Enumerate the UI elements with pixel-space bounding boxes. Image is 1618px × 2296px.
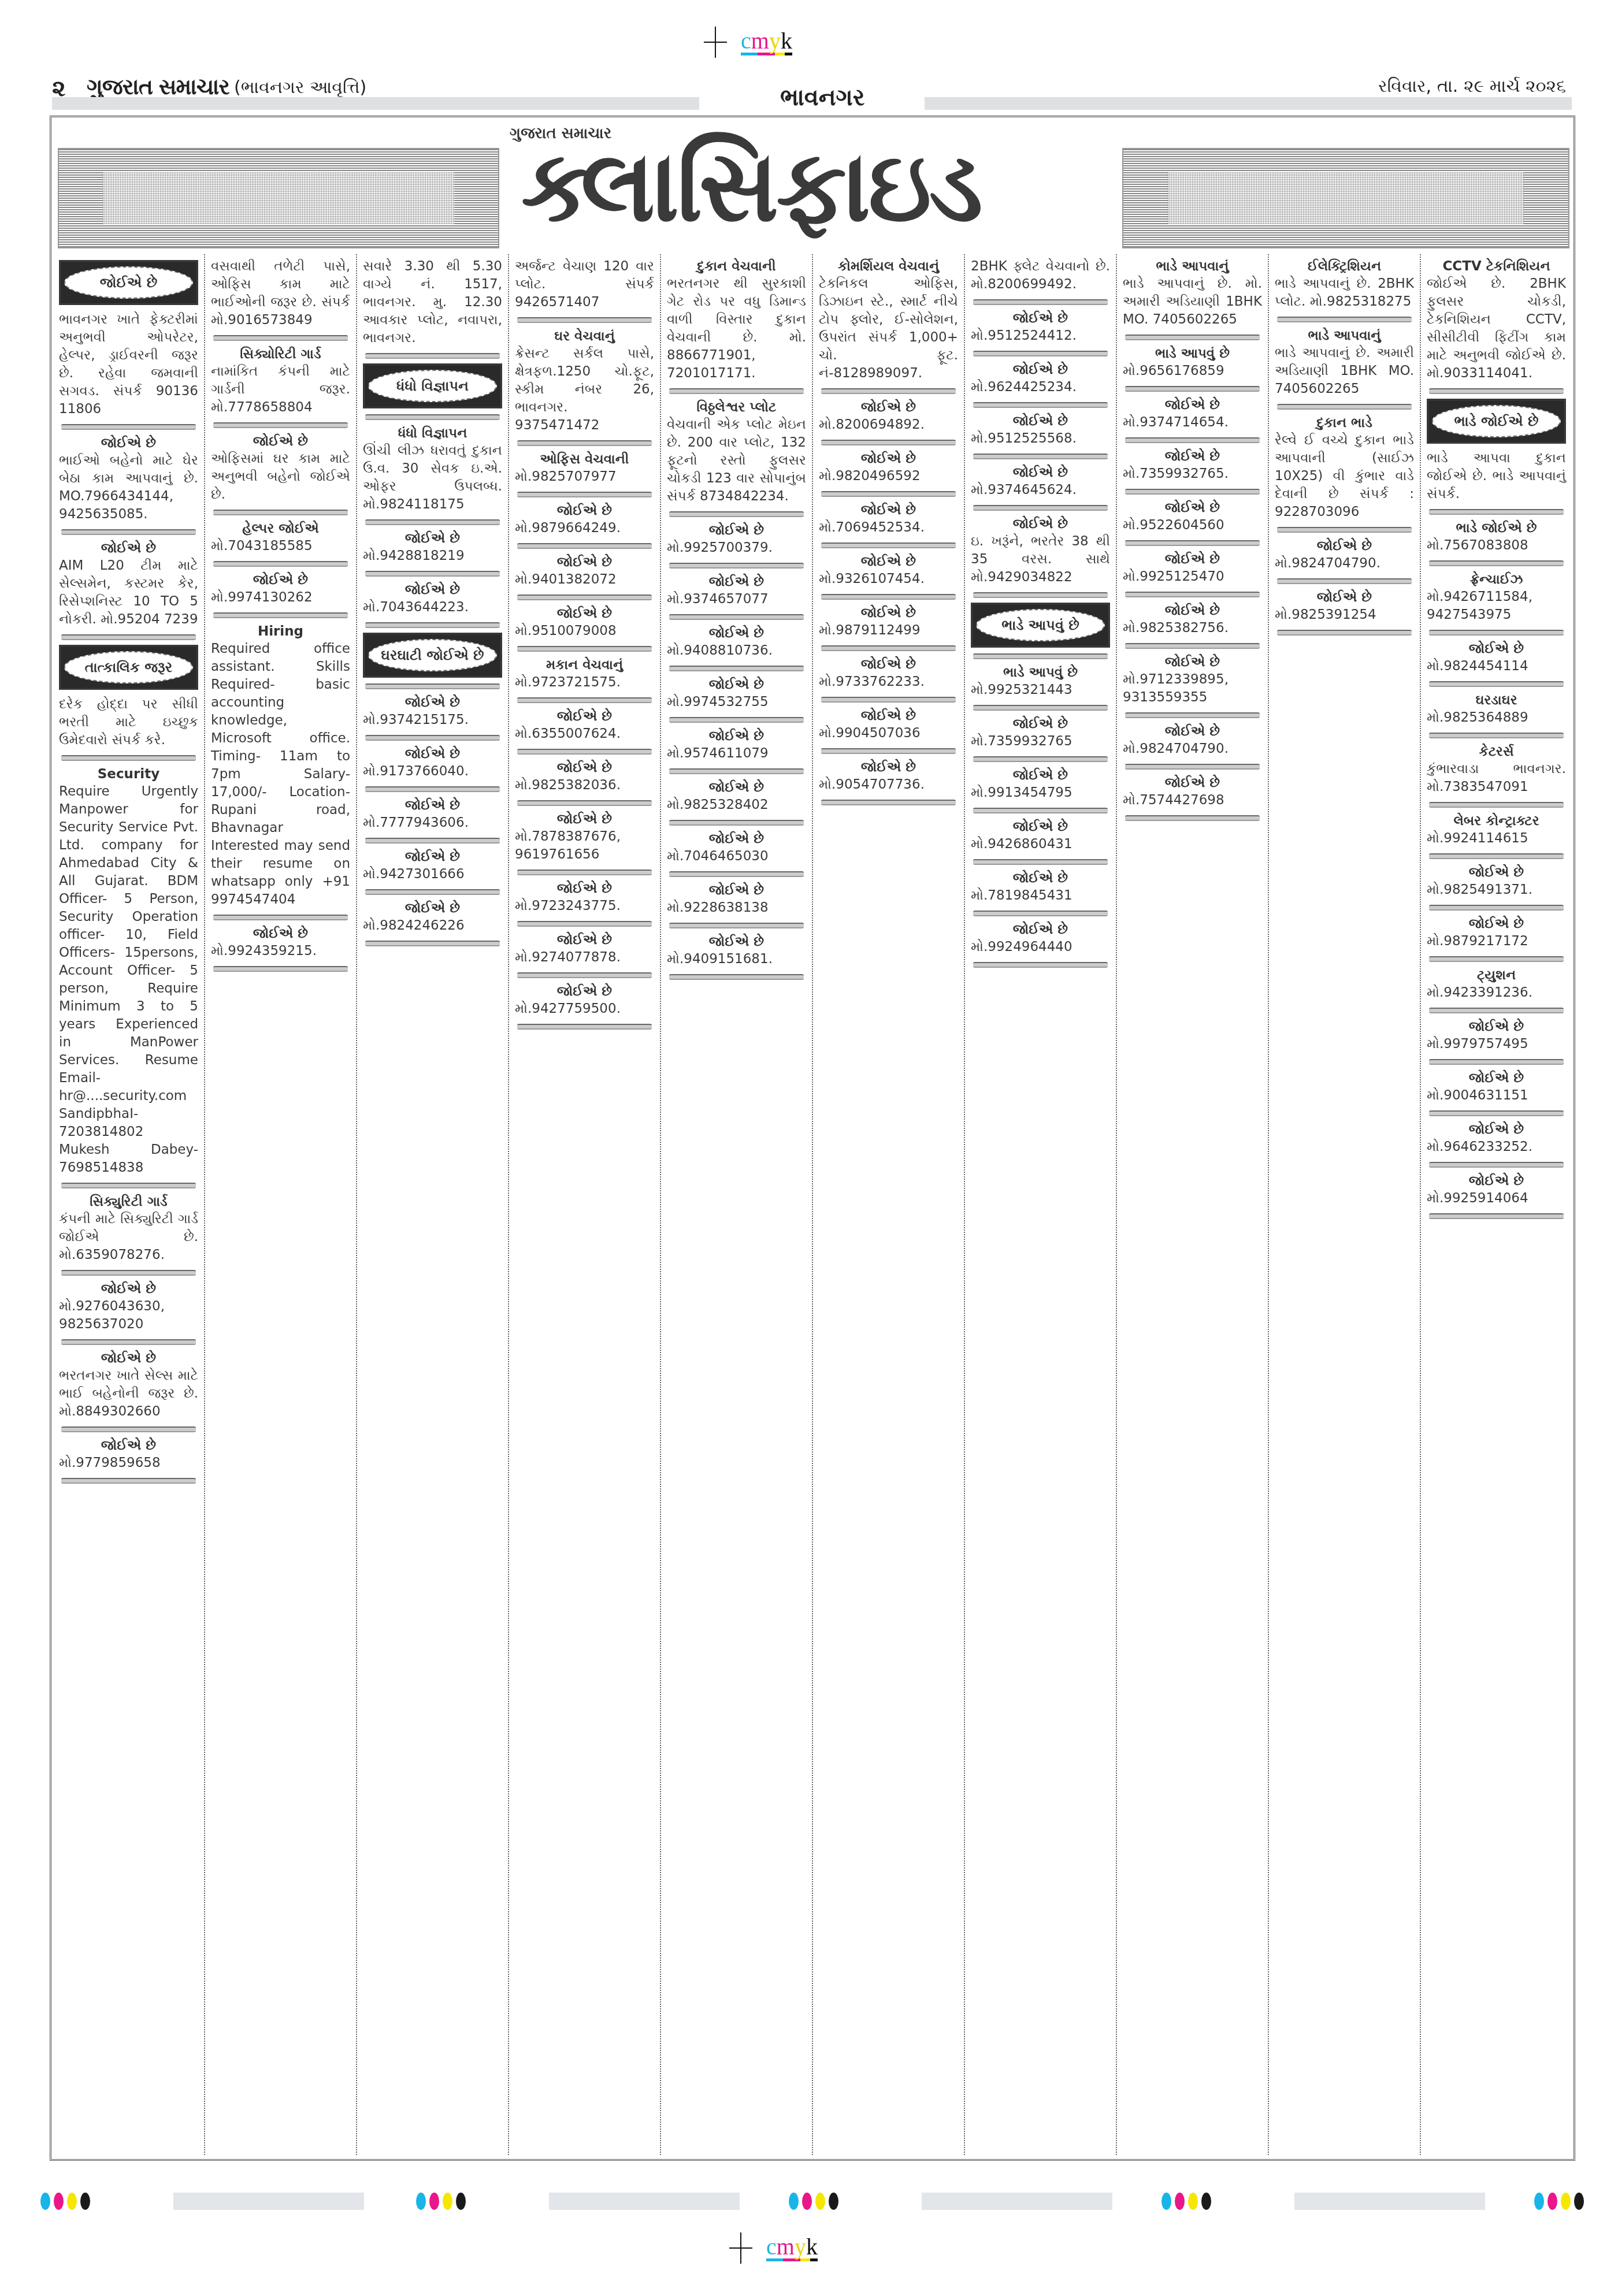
classified-ad: જોઈએ છેમો.7069452534. (819, 501, 958, 537)
ad-divider (821, 491, 956, 497)
boxed-category-header: જોઈએ છે (59, 260, 198, 305)
classified-ad: જોઈએ છેમો.9825491371. (1427, 864, 1566, 899)
ad-divider (669, 666, 804, 671)
ad-body: મો.9646233252. (1427, 1138, 1566, 1156)
ad-divider (1429, 1008, 1564, 1013)
classified-ad: જોઈએ છેમો.9408810736. (667, 625, 806, 660)
classified-ad: જોઈએ છેમો.9426860431 (971, 818, 1110, 853)
ad-body: મો.9374657077 (667, 590, 806, 608)
ad-heading: ઘર વેચવાનું (515, 328, 654, 345)
ad-divider (1125, 540, 1260, 546)
ad-body: મો.7043644223. (363, 599, 502, 616)
ad-body: મો.9408810736. (667, 642, 806, 660)
classified-ad: જોઈએ છેમો.9974130262 (211, 571, 350, 607)
column-9: ઈલેક્ટ્રિશિયનભાડે આપવાનું છે. 2BHK પ્લોટ… (1269, 254, 1421, 2155)
ad-divider (213, 422, 348, 428)
ad-heading: જોઈએ છે (971, 464, 1110, 481)
classified-ad: જોઈએ છેમો.9374714654. (1123, 396, 1262, 432)
ad-heading: ઘરડાઘર (1427, 692, 1566, 709)
ad-heading: જોઈએ છે (515, 502, 654, 519)
classified-ad: જોઈએ છેમો.9825391254 (1275, 589, 1414, 624)
ad-body: મો.9904507036 (819, 725, 958, 742)
ink-swatch (829, 2193, 838, 2210)
ad-body: મો.9723243775. (515, 897, 654, 915)
ad-divider (61, 1339, 196, 1345)
ad-divider (365, 838, 500, 844)
ad-divider (1429, 956, 1564, 962)
ad-body: મો.9924964440 (971, 938, 1110, 956)
ad-divider (1125, 815, 1260, 821)
ad-body: ભાઈઓ બહેનો માટે ઘેર બેઠા કામ આપવાનું છે.… (59, 452, 198, 523)
issue-date: રવિવાર, તા. ૨૯ માર્ચ ૨૦૨૬ (1378, 76, 1566, 96)
ad-divider (213, 561, 348, 567)
ad-divider (973, 911, 1108, 916)
ink-swatch (802, 2193, 812, 2210)
classified-ad: જોઈએ છેમો.9374645624. (971, 464, 1110, 499)
ad-heading: જોઈએ છે (819, 707, 958, 725)
ad-divider (973, 859, 1108, 865)
classified-ad: જોઈએ છેમો.9974532755 (667, 676, 806, 711)
classified-ad: જોઈએ છેમો.9925125470 (1123, 551, 1262, 586)
ad-heading: જોઈએ છે (819, 759, 958, 776)
ad-divider (365, 786, 500, 792)
ad-body: મો.9925125470 (1123, 568, 1262, 586)
ad-heading: જોઈએ છે (667, 882, 806, 899)
classified-ad: જોઈએ છેભરતનગર ખાતે સેલ્સ માટે ભાઈ બહેનોન… (59, 1350, 198, 1421)
ad-body: Required office assistant. Skills Requir… (211, 640, 350, 909)
ad-divider (517, 543, 652, 549)
ad-divider (1125, 489, 1260, 495)
classified-ad: જોઈએ છેમો.9723243775. (515, 880, 654, 915)
ad-heading: જોઈએ છે (515, 708, 654, 725)
ad-heading: જોઈએ છે (363, 694, 502, 711)
ad-divider (61, 634, 196, 640)
ad-divider (213, 966, 348, 972)
ad-heading: જોઈએ છે (667, 573, 806, 590)
classified-ad: ઘરડાઘરમો.9825364889 (1427, 692, 1566, 727)
ad-heading: જોઈએ છે (667, 625, 806, 642)
category-title: ભાડે જોઈએ છે (1432, 405, 1561, 437)
ad-heading: જોઈએ છે (515, 759, 654, 777)
ad-divider (1125, 643, 1260, 649)
ad-body: મો.7574427698 (1123, 792, 1262, 809)
ad-divider (821, 697, 956, 703)
ink-swatch (456, 2193, 466, 2210)
classified-ad: જોઈએ છેમો.9512525568. (971, 413, 1110, 448)
ad-divider (973, 505, 1108, 511)
ink-swatch (67, 2193, 77, 2210)
classified-ad: જોઈએ છેમો.9427301666 (363, 848, 502, 883)
cmyk-swatch-group (1534, 2193, 1584, 2210)
ad-body: મો.9924359215. (211, 942, 350, 960)
ad-divider (61, 755, 196, 761)
ad-body: મો.9879664249. (515, 519, 654, 537)
ink-swatch (789, 2193, 799, 2210)
ad-body: ક્રેસન્ટ સર્કલ પાસે, ક્ષેત્રફળ.1250 ચો.ફ… (515, 345, 654, 434)
cmyk-swatch-group (789, 2193, 838, 2210)
ad-body: મો.9979757495 (1427, 1035, 1566, 1053)
ad-divider (517, 800, 652, 806)
ad-divider (213, 915, 348, 920)
ad-heading: જોઈએ છે (363, 797, 502, 814)
ad-heading: ભાડે આપવું છે (1123, 345, 1262, 362)
ad-divider (517, 870, 652, 875)
ad-body: મો.7043185585 (211, 537, 350, 555)
ink-swatch (1161, 2193, 1171, 2210)
ad-body: મો.9825382036. (515, 777, 654, 794)
ad-heading: જોઈએ છે (971, 515, 1110, 533)
classified-ad: જોઈએ છેમો.9924964440 (971, 921, 1110, 956)
ad-heading: જોઈએ છે (1275, 589, 1414, 606)
ink-swatch (443, 2193, 452, 2210)
classified-ad: જોઈએ છેમો.9427759500. (515, 983, 654, 1018)
classified-columns: જોઈએ છેભાવનગર ખાતે ફેક્ટરીમાં અનુભવી ઓપર… (53, 254, 1572, 2155)
edition-label: (ભાવનગર આવૃત્તિ) (234, 77, 366, 98)
ad-heading: Security (59, 766, 198, 783)
classified-ad: અર્જન્ટ વેચાણ 120 વાર પ્લોટ. સંપર્ક 9426… (515, 258, 654, 311)
ad-heading: જોઈએ છે (819, 553, 958, 570)
ad-heading: ભાડે આપવાનું (1123, 258, 1262, 275)
classified-ad: વિઠ્ઠલેશ્વર પ્લોટવેચવાની એક પ્લોટ મેઇન છ… (667, 399, 806, 506)
ad-heading: જોઈએ છે (515, 605, 654, 622)
classified-ad: જોઈએ છેમો.7359932765. (1123, 448, 1262, 483)
classified-ad: જોઈએ છેમો.7046465030 (667, 830, 806, 865)
color-registration-bar (40, 2193, 1601, 2212)
ad-body: મો.9427759500. (515, 1000, 654, 1018)
classified-ad: જોઈએ છેમો.7777943606. (363, 797, 502, 832)
classified-ad: ઘર વેચવાનુંક્રેસન્ટ સર્કલ પાસે, ક્ષેત્રફ… (515, 328, 654, 434)
ad-divider (1125, 592, 1260, 597)
classified-ad: જોઈએ છેઓફિસમાં ઘર કામ માટે અનુભવી બહેનો … (211, 433, 350, 504)
ad-body: નામાંકિત કંપની માટે ગાર્ડની જરૂર. મો.777… (211, 363, 350, 417)
ad-body: મો.9510079008 (515, 622, 654, 640)
boxed-category-header: ભાડે આપવું છે (971, 603, 1110, 648)
ad-body: ભાડે આપવાનું છે. 2BHK પ્લોટ. મો.98253182… (1275, 275, 1414, 311)
ad-heading: મકાન વેચવાનું (515, 656, 654, 674)
ad-divider (1125, 386, 1260, 392)
ad-heading: દુકાન વેચવાની (667, 258, 806, 275)
ad-body: મો.9374645624. (971, 481, 1110, 499)
ad-body: મો.9054707736. (819, 776, 958, 794)
ad-heading: જોઈએ છે (59, 1280, 198, 1298)
classified-ad: ભાડે જોઈએ છેમો.7567083808 (1427, 519, 1566, 555)
classified-ad: જોઈએ છેમો.8200694892. (819, 399, 958, 434)
ad-heading: જોઈએ છે (667, 933, 806, 950)
ad-heading: જોઈએ છે (819, 501, 958, 519)
classified-ad: ભાડે આપવું છેમો.9656176859 (1123, 345, 1262, 380)
cmyk-label-top: cmyk (741, 29, 792, 55)
classified-ad: જોઈએ છેમો.9326107454. (819, 553, 958, 588)
ad-divider (973, 299, 1108, 305)
ad-divider (669, 388, 804, 394)
category-title: તાત્કાલિક જરૂર (64, 651, 193, 683)
ad-body: મો.9879112499 (819, 622, 958, 640)
ad-body: મો.9374714654. (1123, 414, 1262, 432)
ad-body: મો.9825364889 (1427, 709, 1566, 727)
ad-divider (1429, 1059, 1564, 1065)
ad-heading: જોઈએ છે (971, 715, 1110, 733)
ad-heading: જોઈએ છે (211, 433, 350, 450)
ad-divider (1429, 560, 1564, 566)
ad-heading: જોઈએ છે (1427, 1069, 1566, 1087)
classified-ad: જોઈએ છેમો.6355007624. (515, 708, 654, 743)
ad-divider (973, 808, 1108, 813)
ad-divider (973, 592, 1108, 598)
ad-divider (61, 1183, 196, 1188)
classified-ad: તાત્કાલિક જરૂરદરેક હોદ્દા પર સીધી ભરતી મ… (59, 645, 198, 749)
classified-ad: જોઈએ છેAIM L20 ટીમ માટે સેલ્સમેન, કસ્ટમર… (59, 540, 198, 629)
boxed-category-header: તાત્કાલિક જરૂર (59, 645, 198, 690)
ad-divider (669, 871, 804, 877)
ad-body: મો.9004631151 (1427, 1087, 1566, 1105)
ad-heading: જોઈએ છે (363, 900, 502, 917)
ad-body: મો.8200694892. (819, 416, 958, 434)
ad-divider (1125, 335, 1260, 340)
ad-heading: જોઈએ છે (1123, 653, 1262, 671)
ad-divider (365, 414, 500, 420)
ad-heading: જોઈએ છે (1427, 1018, 1566, 1035)
ad-divider (517, 697, 652, 703)
ad-heading: ઈલેક્ટ્રિશિયન (1275, 258, 1414, 275)
ad-divider (1277, 317, 1412, 322)
ad-body: ભાડે આપવાનું છે. મો. અમારી અડિયાણી 1BHK … (1123, 275, 1262, 329)
ad-divider (669, 511, 804, 517)
ad-body: મો.7819845431 (971, 887, 1110, 905)
ad-heading: જોઈએ છે (515, 553, 654, 571)
classified-ad: જોઈએ છેમો.7359932765 (971, 715, 1110, 751)
ad-heading: જોઈએ છે (515, 880, 654, 897)
classified-ad: CCTV ટેકનિશિયનજોઈએ છે. 2BHK ફુલસર ચોકડી,… (1427, 258, 1566, 382)
ad-divider (669, 974, 804, 980)
classified-ad: ફ્રેન્ચાઈઝમો.9426711584, 9427543975 (1427, 571, 1566, 624)
ad-body: રેલ્વે ઈ વચ્ચે દુકાન ભાડે આપવાની (સાઈઝ 1… (1275, 432, 1414, 521)
ad-body: મો.6355007624. (515, 725, 654, 743)
ad-divider (669, 614, 804, 620)
ad-heading: જોઈએ છે (667, 779, 806, 796)
ad-body: મો.9409151681. (667, 950, 806, 968)
classified-ad: જોઈએ છેમો.9879664249. (515, 502, 654, 537)
ad-divider (821, 748, 956, 754)
ad-divider (365, 353, 500, 359)
ad-divider (365, 622, 500, 628)
ad-heading: ભાડે આપવું છે (971, 664, 1110, 681)
ad-divider (973, 351, 1108, 356)
ad-body: ઓફિસમાં ઘર કામ માટે અનુભવી બહેનો જોઈએ છે… (211, 450, 350, 504)
ad-body: મો.9401382072 (515, 571, 654, 589)
header-band-right (925, 97, 1572, 110)
ink-swatch (1175, 2193, 1185, 2210)
classified-ad: જોઈએ છેમો.9004631151 (1427, 1069, 1566, 1105)
ad-divider (669, 717, 804, 723)
ad-divider (517, 492, 652, 497)
registration-mark-bottom: cmyk (729, 2232, 818, 2264)
classified-ad: જોઈએ છેમો.9276043630, 9825637020 (59, 1280, 198, 1333)
ad-divider (669, 923, 804, 928)
classified-ad: જોઈએ છેમો.9054707736. (819, 759, 958, 794)
column-6: કોમર્શિયલ વેચવાનુંટેકનિકલ ઓફિસ, ડિઝાઇન સ… (813, 254, 965, 2155)
ink-swatch (80, 2193, 90, 2210)
cmyk-swatch-group (1161, 2193, 1211, 2210)
ad-divider (517, 646, 652, 652)
ad-heading: જોઈએ છે (819, 399, 958, 416)
ad-body: મો.7069452534. (819, 519, 958, 537)
ad-body: મો.7878387676, 9619761656 (515, 828, 654, 864)
ad-body: મો.9228638138 (667, 899, 806, 917)
ad-divider (61, 1270, 196, 1276)
ad-body: વસવાથી તળેટી પાસે, ઓફિસ કામ માટે ભાઈઓની … (211, 258, 350, 329)
classified-ad: જોઈએ છેમો.7574427698 (1123, 774, 1262, 809)
grey-balance-patch (1294, 2193, 1485, 2210)
classified-ad: મકાન વેચવાનુંમો.9723721575. (515, 656, 654, 692)
classified-ad: જોઈએ છેમો.9825382756. (1123, 602, 1262, 637)
ad-body: ટેકનિકલ ઓફિસ, ડિઝાઇન સ્ટે., સ્માર્ટ નીચે… (819, 275, 958, 382)
classified-ad: ભાડે જોઈએ છેભાડે આપવા દુકાન જોઈએ છે. ભાડ… (1427, 399, 1566, 503)
classified-ad: જોઈએ છેમો.7878387676, 9619761656 (515, 811, 654, 864)
column-5: દુકાન વેચવાનીભરતનગર થી સુરકાશી ગેટ રોડ પ… (661, 254, 813, 2155)
crosshair-icon (704, 27, 727, 58)
ad-body: ઊંચી લીઝ ધરાવતું દુકાન ઉ.વ. 30 સેવક ઇ.એ.… (363, 442, 502, 514)
ad-heading: ભાડે આપવાનું (1275, 327, 1414, 344)
ink-swatch (1574, 2193, 1584, 2210)
classified-ad: ઓફિસ વેચવાનીમો.9825707977 (515, 451, 654, 486)
ad-divider (61, 529, 196, 535)
ad-heading: જોઈએ છે (363, 581, 502, 599)
ad-body: મો.9512525568. (971, 430, 1110, 448)
classified-ad: જોઈએ છેમો.9824704790. (1123, 723, 1262, 758)
ad-body: AIM L20 ટીમ માટે સેલ્સમેન, કસ્ટમર કેર, ર… (59, 557, 198, 629)
ad-divider (1429, 802, 1564, 808)
ad-divider (61, 1478, 196, 1484)
ad-body: મો.9825391254 (1275, 606, 1414, 624)
ad-heading: ધંધો વિજ્ઞાપન (363, 425, 502, 442)
ad-body: મો.9723721575. (515, 674, 654, 692)
classified-ad: લેબર કોન્ટ્રાક્ટરમો.9924114615 (1427, 812, 1566, 848)
ad-heading: લેબર કોન્ટ્રાક્ટર (1427, 812, 1566, 830)
ad-heading: જોઈએ છે (1427, 640, 1566, 657)
registration-mark-top: cmyk (704, 27, 792, 58)
classified-ad: HiringRequired office assistant. Skills … (211, 623, 350, 909)
ad-body: મો.9426711584, 9427543975 (1427, 588, 1566, 624)
ad-divider (213, 510, 348, 515)
ad-divider (1429, 905, 1564, 911)
classified-ad: હેલ્પર જોઈએમો.7043185585 (211, 520, 350, 555)
ink-swatch (1534, 2193, 1544, 2210)
classified-ad: કેટરર્સકુંભારવાડા ભાવનગર. મો.7383547091 (1427, 743, 1566, 796)
ad-heading: જોઈએ છે (667, 727, 806, 745)
ad-body: મો.9374215175. (363, 711, 502, 729)
ink-swatch (1188, 2193, 1198, 2210)
classified-ad: દુકાન ભાડેરેલ્વે ઈ વચ્ચે દુકાન ભાડે આપવા… (1275, 414, 1414, 521)
ad-heading: સિક્યુરિટી ગાર્ડ (59, 1193, 198, 1210)
ad-divider (1429, 388, 1564, 394)
ad-body: મો.9712339895, 9313559355 (1123, 671, 1262, 707)
ad-heading: જોઈએ છે (1427, 1172, 1566, 1190)
classified-ad: જોઈએ છેમો.9979757495 (1427, 1018, 1566, 1053)
classified-ad: ટ્યુશનમો.9423391236. (1427, 967, 1566, 1002)
classified-ad: જોઈએ છેમો.9173766040. (363, 745, 502, 781)
classified-ad: જોઈએ છેમો.9824246226 (363, 900, 502, 935)
classified-ad: ધંધો વિજ્ઞાપન (363, 363, 502, 408)
category-title: ભાડે આપવું છે (976, 609, 1105, 641)
ad-heading: જોઈએ છે (971, 921, 1110, 938)
ad-heading: જોઈએ છે (1123, 602, 1262, 619)
ad-body: મો.9276043630, 9825637020 (59, 1298, 198, 1333)
classified-ad: જોઈએ છેમો.9904507036 (819, 707, 958, 742)
classified-ad: જોઈએ છેમો.9879217172 (1427, 915, 1566, 950)
ad-body: મો.9820496592 (819, 467, 958, 485)
ad-body: મો.9974130262 (211, 589, 350, 607)
classified-ad: જોઈએ છેમો.9925700379. (667, 522, 806, 557)
ad-heading: જોઈએ છે (1275, 537, 1414, 555)
ink-swatch (429, 2193, 439, 2210)
classified-ad: જોઈએ છેમો.9510079008 (515, 605, 654, 640)
ad-body: સવારે 3.30 થી 5.30 વાગ્યે નં. 1517, ભાવન… (363, 258, 502, 347)
classified-ad: જોઈએ છેમો.9733762233. (819, 656, 958, 691)
classified-ad: ભાડે આપવાનુંભાડે આપવાનું છે. અમારી અડિયા… (1275, 327, 1414, 398)
boxed-category-header: ભાડે જોઈએ છે (1427, 399, 1566, 444)
classified-ad: જોઈએ છેમો.9228638138 (667, 882, 806, 917)
classified-ad: ઘરઘાટી જોઈએ છે (363, 633, 502, 678)
ad-divider (1277, 404, 1412, 410)
classified-ad: ઈલેક્ટ્રિશિયનભાડે આપવાનું છે. 2BHK પ્લોટ… (1275, 258, 1414, 311)
ad-divider (213, 612, 348, 618)
ad-divider (1125, 764, 1260, 770)
ad-body: મો.9427301666 (363, 865, 502, 883)
ad-divider (1429, 681, 1564, 687)
ad-divider (1277, 578, 1412, 584)
crosshair-icon (729, 2232, 752, 2264)
ad-heading: ભાડે જોઈએ છે (1427, 519, 1566, 537)
ad-heading: કેટરર્સ (1427, 743, 1566, 760)
ad-body: મો.9825328402 (667, 796, 806, 814)
classified-ad: 2BHK ફ્લેટ વેચવાનો છે. મો.8200699492. (971, 258, 1110, 293)
classified-ad: જોઈએ છેમો.9820496592 (819, 450, 958, 485)
column-3: સવારે 3.30 થી 5.30 વાગ્યે નં. 1517, ભાવન… (357, 254, 509, 2155)
classified-ad: જોઈએ છેમો.9401382072 (515, 553, 654, 589)
ad-heading: વિઠ્ઠલેશ્વર પ્લોટ (667, 399, 806, 416)
classified-ad: જોઈએ છેમો.9409151681. (667, 933, 806, 968)
classified-ad: જોઈએ છેમો.9428818219 (363, 530, 502, 565)
ad-heading: જોઈએ છે (667, 522, 806, 539)
cmyk-label-bottom: cmyk (766, 2235, 818, 2261)
ad-divider (517, 440, 652, 446)
ad-body: મો.9733762233. (819, 673, 958, 691)
ad-body: મો.7777943606. (363, 814, 502, 832)
classified-ad: જોઈએ છેમો.7819845431 (971, 870, 1110, 905)
ad-heading: જોઈએ છે (1123, 551, 1262, 568)
boxed-category-header: ઘરઘાટી જોઈએ છે (363, 633, 502, 678)
ad-body: મો.9825491371. (1427, 881, 1566, 899)
ad-body: મો.9825707977 (515, 468, 654, 486)
ad-divider (821, 543, 956, 548)
ad-heading: જોઈએ છે (667, 676, 806, 693)
ad-body: મો.9423391236. (1427, 984, 1566, 1002)
ad-body: કંપની માટે સિક્યુરિટી ગાર્ડ જોઈએ છે. મો.… (59, 1210, 198, 1264)
ad-body: મો.7359932765 (971, 733, 1110, 751)
category-title: ધંધો વિજ્ઞાપન (368, 370, 497, 402)
ink-swatch (416, 2193, 426, 2210)
classified-ad: જોઈએ છેભાવનગર ખાતે ફેક્ટરીમાં અનુભવી ઓપર… (59, 260, 198, 418)
ad-body: મો.9779859658 (59, 1454, 198, 1472)
ad-divider (821, 645, 956, 651)
classified-ad: દુકાન વેચવાનીભરતનગર થી સુરકાશી ગેટ રોડ પ… (667, 258, 806, 382)
section-title: ક્લાસિફાઇડ (521, 138, 981, 236)
ad-body: મો.9925914064 (1427, 1190, 1566, 1208)
ad-heading: જોઈએ છે (1427, 1121, 1566, 1138)
ad-heading: જોઈએ છે (1123, 396, 1262, 414)
ad-heading: જોઈએ છે (971, 361, 1110, 378)
ad-body: 2BHK ફ્લેટ વેચવાનો છે. મો.8200699492. (971, 258, 1110, 293)
